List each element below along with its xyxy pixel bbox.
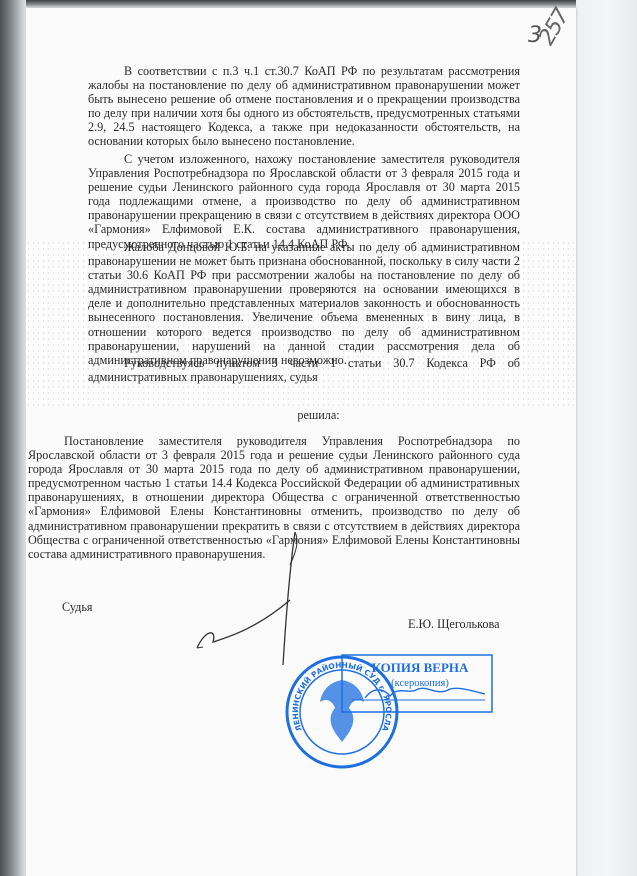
court-seal-stamp: КОПИЯ ВЕРНА (ксерокопия) ЛЕНИНСКИЙ РАЙОН… (280, 650, 500, 775)
stamp-subtitle: (ксерокопия) (391, 678, 449, 689)
paragraph-text: В соответствии с п.3 ч.1 ст.30.7 КоАП РФ… (88, 64, 520, 149)
paragraph-text: Руководствуясь пунктом 3 части 1 статьи … (88, 356, 520, 384)
signature-name: Е.Ю. Щеголькова (408, 617, 499, 632)
paragraph-findings: С учетом изложенного, нахожу постановлен… (88, 152, 520, 251)
stamp-title: КОПИЯ ВЕРНА (372, 660, 469, 675)
paragraph-text: Жалоба Донцовой Ю.Б. на указанные акты п… (88, 240, 520, 367)
handwritten-signature (195, 530, 335, 670)
scan-top-edge (0, 0, 637, 8)
scan-right-margin (576, 0, 637, 876)
signature-role: Судья (62, 600, 93, 615)
decision-heading: решила: (0, 408, 637, 423)
paragraph-text: С учетом изложенного, нахожу постановлен… (88, 152, 520, 251)
scan-left-edge (0, 0, 26, 876)
paragraph-legal-basis: В соответствии с п.3 ч.1 ст.30.7 КоАП РФ… (88, 64, 520, 149)
paragraph-guided-by: Руководствуясь пунктом 3 части 1 статьи … (88, 356, 520, 384)
paragraph-complaint: Жалоба Донцовой Ю.Б. на указанные акты п… (88, 240, 520, 367)
